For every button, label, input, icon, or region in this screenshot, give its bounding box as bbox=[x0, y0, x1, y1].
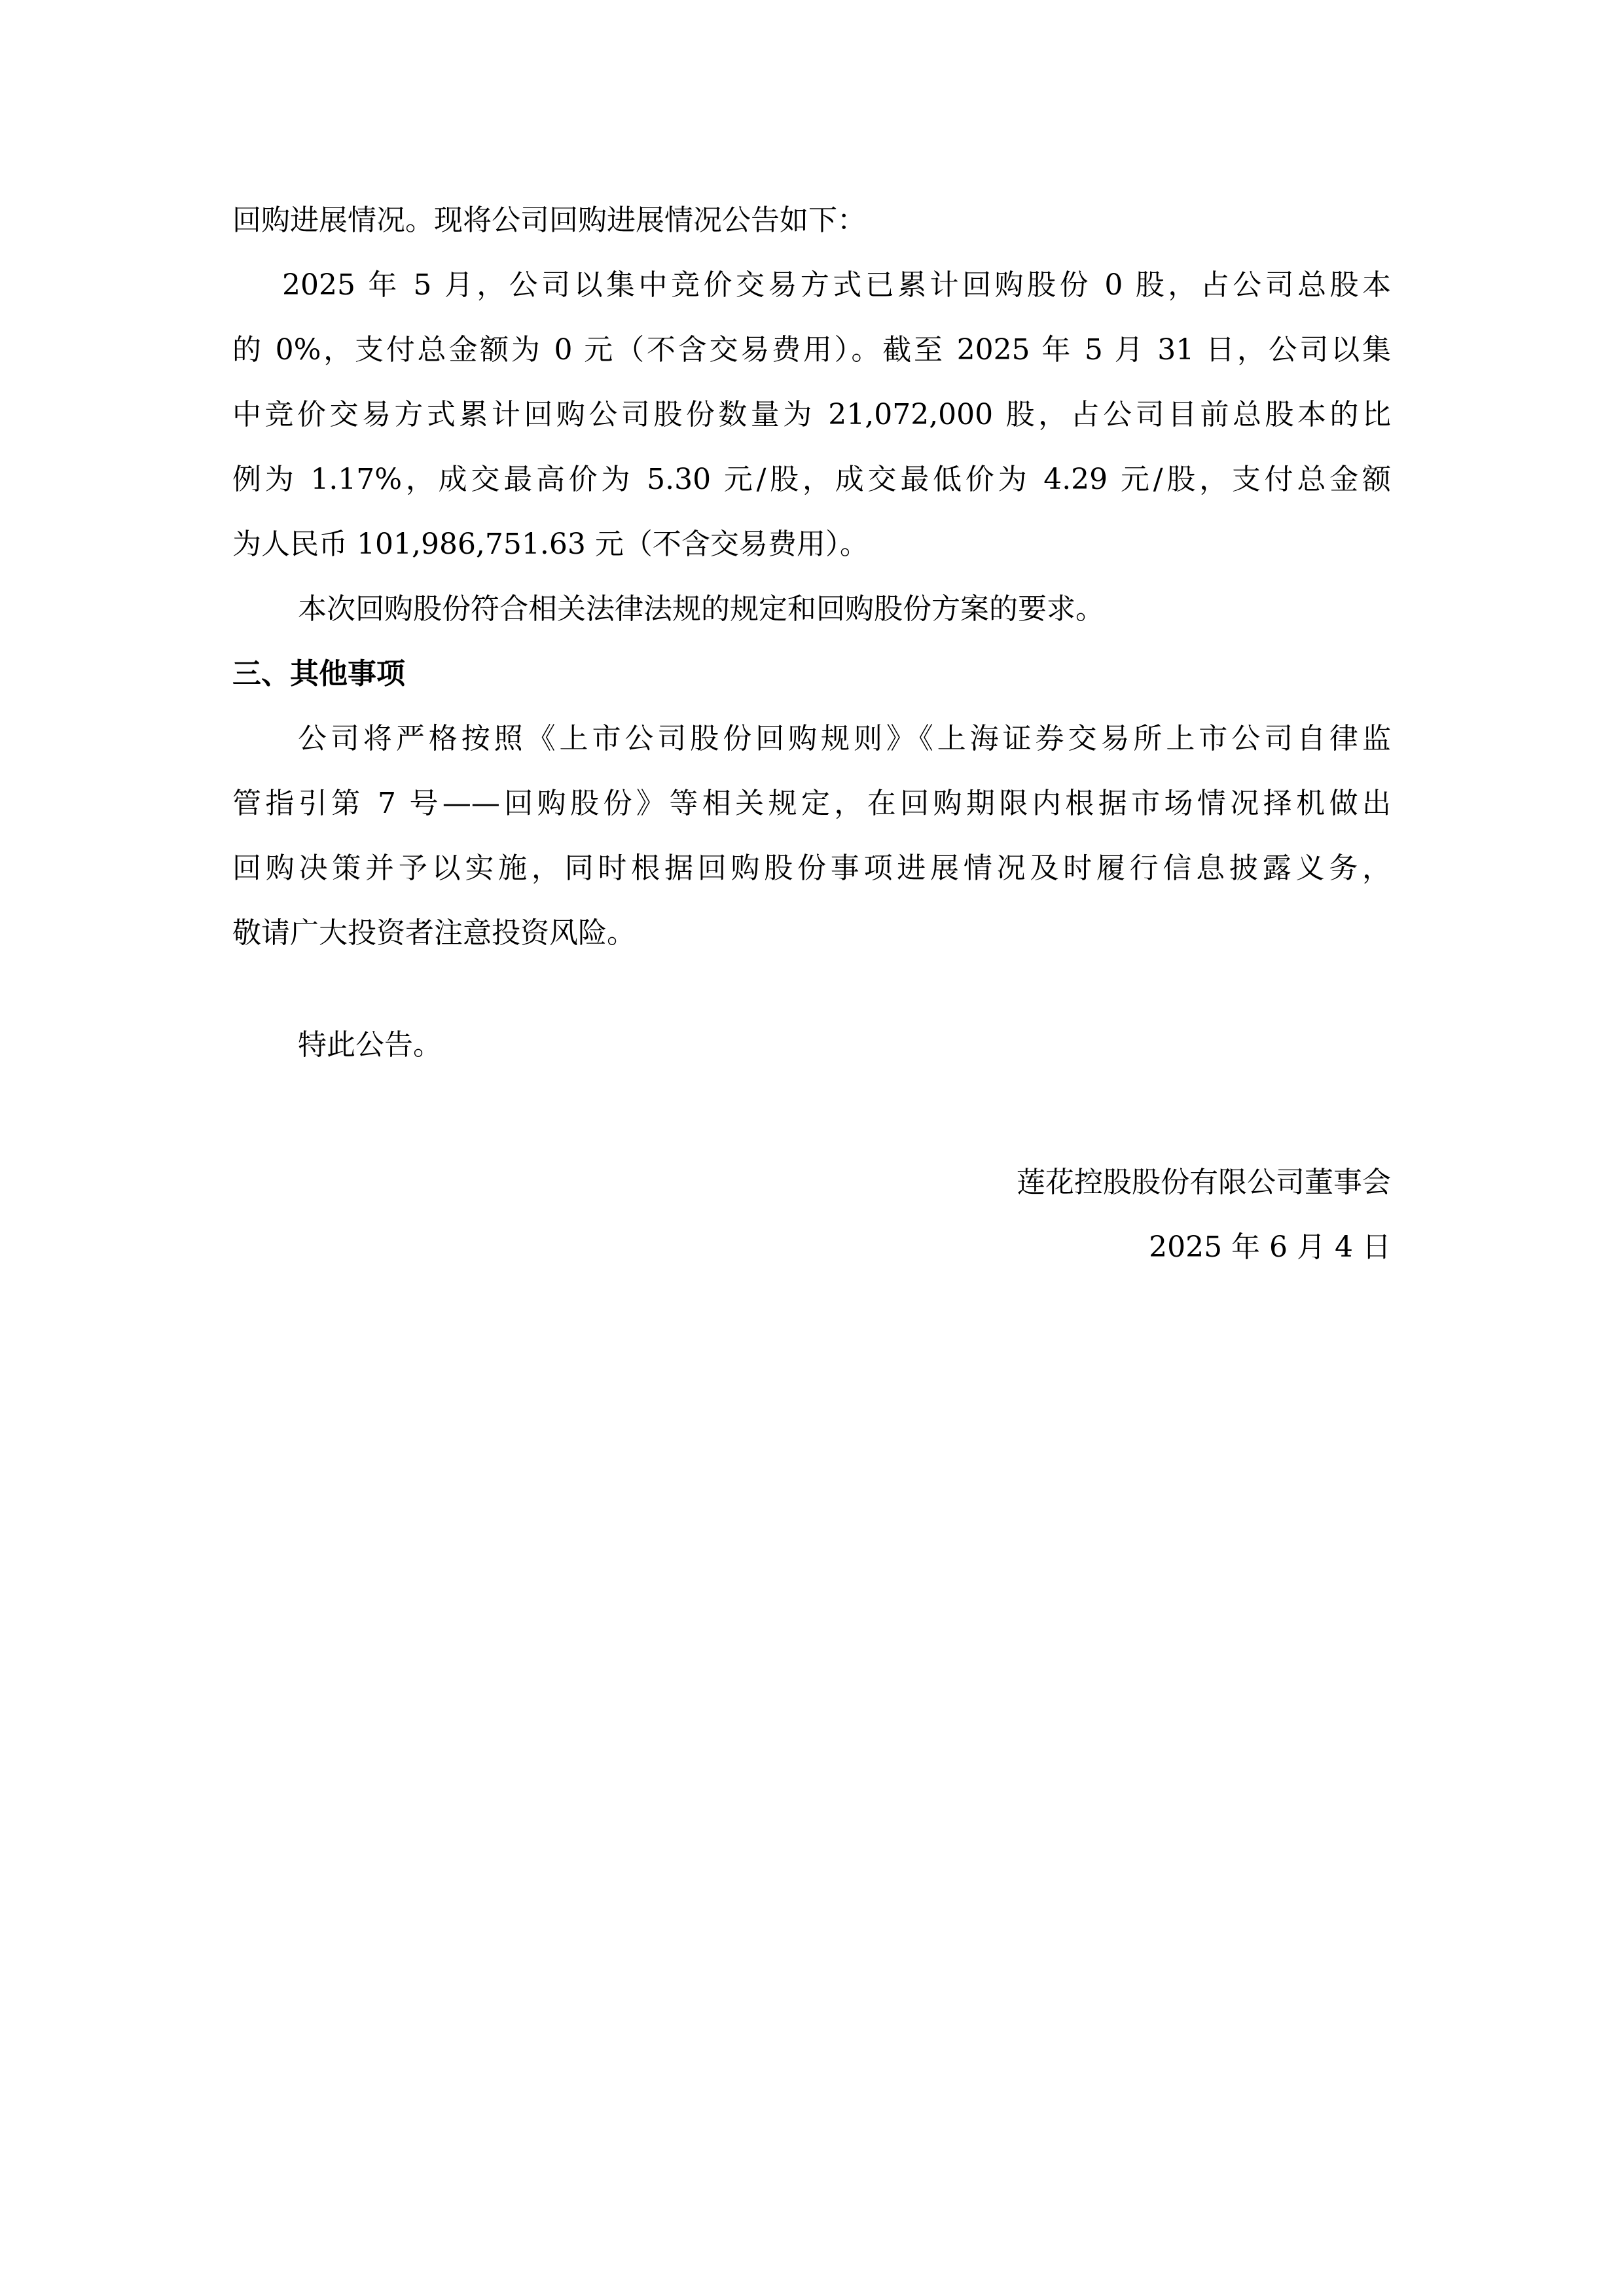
body-line: 管指引第 7 号——回购股份》等相关规定，在回购期限内根据市场情况择机做出 bbox=[232, 771, 1391, 836]
body-line: 本次回购股份符合相关法律法规的规定和回购股份方案的要求。 bbox=[232, 577, 1391, 641]
body-line: 回购进展情况。现将公司回购进展情况公告如下： bbox=[232, 188, 1391, 253]
board-signature: 莲花控股股份有限公司董事会 bbox=[232, 1150, 1391, 1215]
body-line: 回购决策并予以实施，同时根据回购股份事项进展情况及时履行信息披露义务， bbox=[232, 836, 1391, 901]
document-page: 回购进展情况。现将公司回购进展情况公告如下： 2025 年 5 月，公司以集中竞… bbox=[0, 0, 1624, 2296]
closing-line: 特此公告。 bbox=[232, 1013, 1391, 1077]
body-line: 中竞价交易方式累计回购公司股份数量为 21,072,000 股，占公司目前总股本… bbox=[232, 382, 1391, 447]
body-line: 2025 年 5 月，公司以集中竞价交易方式已累计回购股份 0 股，占公司总股本 bbox=[232, 253, 1391, 317]
body-line: 敬请广大投资者注意投资风险。 bbox=[232, 901, 1391, 965]
announcement-body: 回购进展情况。现将公司回购进展情况公告如下： 2025 年 5 月，公司以集中竞… bbox=[232, 188, 1391, 1280]
section-heading: 三、其他事项 bbox=[232, 641, 1391, 706]
body-line: 公司将严格按照《上市公司股份回购规则》《上海证券交易所上市公司自律监 bbox=[232, 706, 1391, 771]
blank-spacer bbox=[232, 965, 1391, 1013]
body-line: 例为 1.17%，成交最高价为 5.30 元/股，成交最低价为 4.29 元/股… bbox=[232, 447, 1391, 512]
body-line: 为人民币 101,986,751.63 元（不含交易费用）。 bbox=[232, 512, 1391, 577]
announcement-date: 2025 年 6 月 4 日 bbox=[232, 1215, 1391, 1280]
body-line: 的 0%，支付总金额为 0 元（不含交易费用）。截至 2025 年 5 月 31… bbox=[232, 317, 1391, 382]
blank-spacer bbox=[232, 1077, 1391, 1150]
